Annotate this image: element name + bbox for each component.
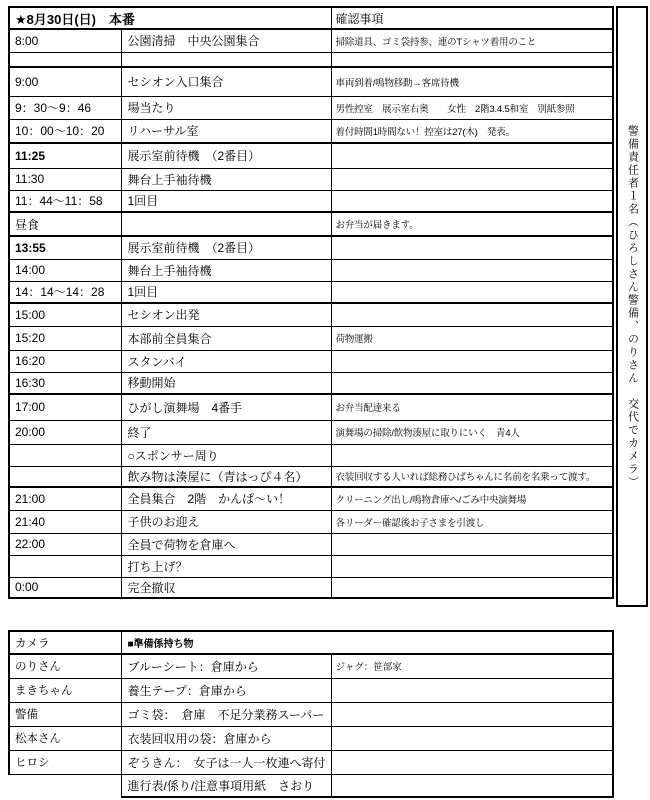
activity-cell: 完全撤収 (121, 577, 331, 598)
notes-column-header: 確認事項 (331, 7, 613, 29)
time-cell: 15:00 (9, 303, 121, 326)
note-cell (331, 168, 613, 190)
schedule-row: 9：30～9：46 場当たり 男性控室 展示室右奥 女性 2階3.4.5和室 別… (9, 96, 613, 119)
schedule-row: 20:00 終了 演舞場の掃除/飲物湊屋に取りにいく 青4人 (9, 420, 613, 444)
schedule-row: 21:00 全員集合 2階 かんぱ～い！ クリーニング出し/鳴物倉庫へ/ごみ中央… (9, 487, 613, 510)
note-cell: 着付時間1時間ない！控室は27(木) 発表。 (331, 119, 613, 143)
time-cell: 11:30 (9, 168, 121, 190)
person-cell: まきちゃん (9, 678, 121, 702)
note-cell: 掃除道具、ゴミ袋持参、連のTシャツ着用のこと (331, 29, 613, 52)
activity-cell: ひがし演舞場 4番手 (121, 394, 331, 420)
supply-note-cell: ジャグ：笹部家 (331, 654, 613, 678)
schedule-row: 14:00 舞台上手袖待機 (9, 259, 613, 281)
schedule-row: 昼食 お弁当が届きます。 (9, 212, 613, 236)
supply-note-cell (331, 750, 613, 774)
activity-cell: 舞台上手袖待機 (121, 168, 331, 190)
supplies-table: カメラ ■準備係持ち物 のりさん ブルーシート：倉庫から ジャグ：笹部家 まきち… (8, 630, 614, 798)
supplies-row: 松本さん 衣装回収用の袋：倉庫から (9, 726, 613, 750)
security-duty-note-text: 警備責任者１名（ひろしさん警備、のりさん 交代でカメラ） (627, 125, 638, 489)
note-cell (331, 259, 613, 281)
supplies-title: ■準備係持ち物 (121, 631, 613, 654)
time-cell: 16:30 (9, 372, 121, 394)
time-cell: 15:20 (9, 326, 121, 350)
item-cell: ゴミ袋： 倉庫 不足分業務スーパー (121, 702, 331, 726)
time-cell: 8:00 (9, 29, 121, 52)
activity-cell: 1回目 (121, 190, 331, 212)
schedule-row: 打ち上げ？ (9, 555, 613, 577)
sheet-title: ★8月30日(日) 本番 (9, 7, 331, 29)
supplies-row: のりさん ブルーシート：倉庫から ジャグ：笹部家 (9, 654, 613, 678)
time-cell: 21:40 (9, 510, 121, 533)
person-cell: 松本さん (9, 726, 121, 750)
item-cell: 衣装回収用の袋：倉庫から (121, 726, 331, 750)
schedule-row: 21:40 子供のお迎え 各リーダー確認後お子さまを引渡し (9, 510, 613, 533)
schedule-row: 17:00 ひがし演舞場 4番手 お弁当配達来る (9, 394, 613, 420)
schedule-row: 9:00 セシオン入口集合 車両到着/鳴物移動→客席待機 (9, 67, 613, 96)
time-cell: 11:25 (9, 143, 121, 168)
note-cell (331, 555, 613, 577)
time-cell: 11：44～11：58 (9, 190, 121, 212)
schedule-row: 0:00 完全撤収 (9, 577, 613, 598)
schedule-row: 11:25 展示室前待機 （2番目） (9, 143, 613, 168)
schedule-row: 16:20 スタンバイ (9, 350, 613, 372)
activity-cell: 子供のお迎え (121, 510, 331, 533)
item-cell: 養生テープ：倉庫から (121, 678, 331, 702)
note-cell: 衣装回収する人いれば総務ひばちゃんに名前を名乗って渡す。 (331, 466, 613, 487)
note-cell (331, 236, 613, 259)
note-cell: 各リーダー確認後お子さまを引渡し (331, 510, 613, 533)
supply-note-cell (331, 726, 613, 750)
activity-cell (121, 52, 331, 67)
note-cell: クリーニング出し/鳴物倉庫へ/ごみ中央演舞場 (331, 487, 613, 510)
note-cell: 車両到着/鳴物移動→客席待機 (331, 67, 613, 96)
schedule-table: ★8月30日(日) 本番 確認事項 8:00 公園清掃 中央公園集合 掃除道具、… (8, 6, 614, 599)
activity-cell: 本部前全員集合 (121, 326, 331, 350)
schedule-row: 14：14～14：28 1回目 (9, 281, 613, 303)
schedule-row: 16:30 移動開始 (9, 372, 613, 394)
schedule-row: 22:00 全員で荷物を倉庫へ (9, 533, 613, 555)
activity-cell: 場当たり (121, 96, 331, 119)
supply-note-cell (331, 774, 613, 797)
supplies-header-row: カメラ ■準備係持ち物 (9, 631, 613, 654)
schedule-row: 13:55 展示室前待機 （2番目） (9, 236, 613, 259)
activity-cell: リハーサル室 (121, 119, 331, 143)
time-cell: 13:55 (9, 236, 121, 259)
note-cell: 演舞場の掃除/飲物湊屋に取りにいく 青4人 (331, 420, 613, 444)
note-cell: お弁当が届きます。 (331, 212, 613, 236)
activity-cell: 終了 (121, 420, 331, 444)
person-cell: ヒロシ (9, 750, 121, 774)
supplies-row: まきちゃん 養生テープ：倉庫から (9, 678, 613, 702)
security-duty-note: 警備責任者１名（ひろしさん警備、のりさん 交代でカメラ） (616, 6, 648, 607)
supply-note-cell (331, 678, 613, 702)
schedule-row: 15:00 セシオン出発 (9, 303, 613, 326)
item-cell: 進行表/係り/注意事項用紙 さおり (121, 774, 331, 797)
time-cell: 14：14～14：28 (9, 281, 121, 303)
activity-cell: 1回目 (121, 281, 331, 303)
time-cell (9, 444, 121, 466)
time-cell: 22:00 (9, 533, 121, 555)
activity-cell: ○スポンサー周り (121, 444, 331, 466)
time-cell (9, 466, 121, 487)
note-cell (331, 303, 613, 326)
time-cell: 9：30～9：46 (9, 96, 121, 119)
note-cell (331, 533, 613, 555)
schedule-row: 10：00～10：20 リハーサル室 着付時間1時間ない！控室は27(木) 発表… (9, 119, 613, 143)
note-cell: 荷物運搬 (331, 326, 613, 350)
note-cell (331, 350, 613, 372)
note-cell (331, 281, 613, 303)
schedule-row: 飲み物は湊屋に（青はっぴ４名） 衣装回収する人いれば総務ひばちゃんに名前を名乗っ… (9, 466, 613, 487)
note-cell (331, 190, 613, 212)
time-cell: 10：00～10：20 (9, 119, 121, 143)
schedule-row: ○スポンサー周り (9, 444, 613, 466)
activity-cell: 公園清掃 中央公園集合 (121, 29, 331, 52)
activity-cell: 全員集合 2階 かんぱ～い！ (121, 487, 331, 510)
activity-cell (121, 212, 331, 236)
activity-cell: セシオン出発 (121, 303, 331, 326)
item-cell: ブルーシート：倉庫から (121, 654, 331, 678)
schedule-row: 11:30 舞台上手袖待機 (9, 168, 613, 190)
supply-note-cell (331, 702, 613, 726)
note-cell (331, 372, 613, 394)
activity-cell: 移動開始 (121, 372, 331, 394)
time-cell: 20:00 (9, 420, 121, 444)
activity-cell: 全員で荷物を倉庫へ (121, 533, 331, 555)
supplies-row: ヒロシ ぞうきん： 女子は一人一枚連へ寄付 (9, 750, 613, 774)
person-cell: のりさん (9, 654, 121, 678)
activity-cell: 展示室前待機 （2番目） (121, 236, 331, 259)
schedule-header-row: ★8月30日(日) 本番 確認事項 (9, 7, 613, 29)
time-cell (9, 555, 121, 577)
supplies-row: 警備 ゴミ袋： 倉庫 不足分業務スーパー (9, 702, 613, 726)
schedule-row: 11：44～11：58 1回目 (9, 190, 613, 212)
note-cell (331, 577, 613, 598)
time-cell: 0:00 (9, 577, 121, 598)
time-cell: 14:00 (9, 259, 121, 281)
person-cell: 警備 (9, 702, 121, 726)
activity-cell: セシオン入口集合 (121, 67, 331, 96)
time-cell: 16:20 (9, 350, 121, 372)
activity-cell: 展示室前待機 （2番目） (121, 143, 331, 168)
item-cell: ぞうきん： 女子は一人一枚連へ寄付 (121, 750, 331, 774)
time-cell: 21:00 (9, 487, 121, 510)
schedule-row (9, 52, 613, 67)
note-cell (331, 143, 613, 168)
note-cell: 男性控室 展示室右奥 女性 2階3.4.5和室 別紙参照 (331, 96, 613, 119)
schedule-row: 8:00 公園清掃 中央公園集合 掃除道具、ゴミ袋持参、連のTシャツ着用のこと (9, 29, 613, 52)
camera-label-cell: カメラ (9, 631, 121, 654)
activity-cell: 舞台上手袖待機 (121, 259, 331, 281)
supplies-row: 進行表/係り/注意事項用紙 さおり (9, 774, 613, 797)
activity-cell: 打ち上げ？ (121, 555, 331, 577)
time-cell: 9:00 (9, 67, 121, 96)
activity-cell: 飲み物は湊屋に（青はっぴ４名） (121, 466, 331, 487)
time-cell (9, 52, 121, 67)
schedule-row: 15:20 本部前全員集合 荷物運搬 (9, 326, 613, 350)
note-cell: お弁当配達来る (331, 394, 613, 420)
note-cell (331, 52, 613, 67)
person-cell-empty (9, 774, 121, 797)
time-cell: 17:00 (9, 394, 121, 420)
time-cell: 昼食 (9, 212, 121, 236)
activity-cell: スタンバイ (121, 350, 331, 372)
note-cell (331, 444, 613, 466)
